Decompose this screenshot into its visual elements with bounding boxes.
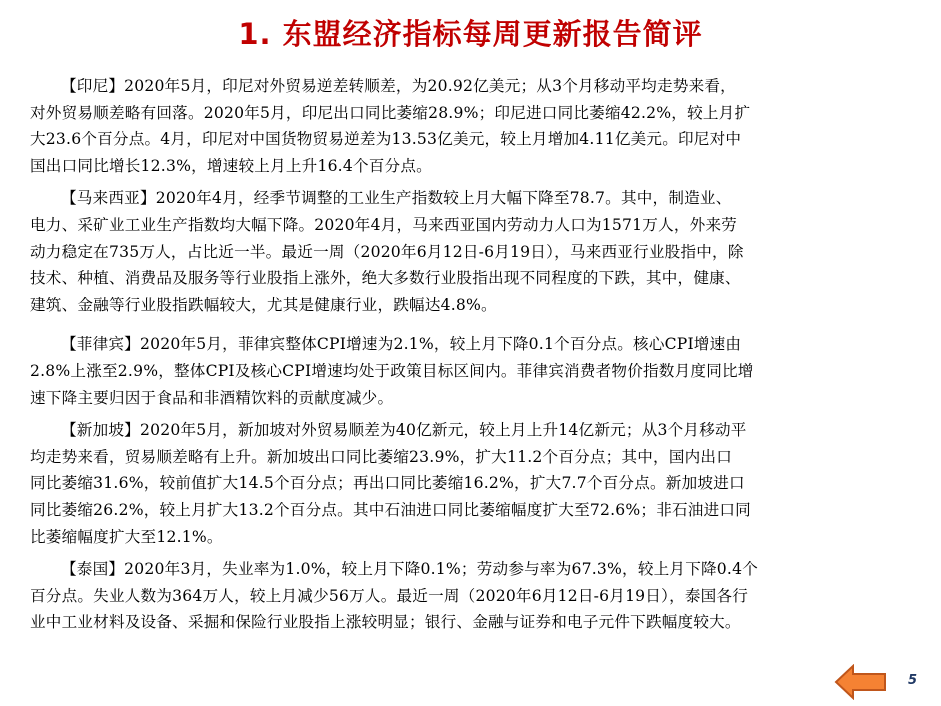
text-line: 速下降主要归因于食品和非酒精饮料的贡献度减少。 bbox=[30, 385, 925, 412]
text-line: 百分点。失业人数为364万人，较上月减少56万人。最近一周（2020年6月12日… bbox=[30, 583, 925, 610]
page-title: 1. 东盟经济指标每周更新报告简评 bbox=[0, 14, 941, 54]
text-line: 技术、种植、消费品及服务等行业股指上涨外，绝大多数行业股指出现不同程度的下跌，其… bbox=[30, 265, 925, 292]
slide-footer: 5 bbox=[830, 664, 930, 700]
text-line: 均走势来看，贸易顺差略有上升。新加坡出口同比萎缩23.9%，扩大11.2个百分点… bbox=[30, 444, 925, 471]
text-line: 业中工业材料及设备、采掘和保险行业股指上涨较明显；银行、金融与证券和电子元件下跌… bbox=[30, 609, 925, 636]
left-arrow-icon bbox=[834, 664, 888, 700]
text-line: 对外贸易顺差略有回落。2020年5月，印尼出口同比萎缩28.9%；印尼进口同比萎… bbox=[30, 100, 925, 127]
paragraph-indonesia: 【印尼】2020年5月，印尼对外贸易逆差转顺差，为20.92亿美元；从3个月移动… bbox=[30, 73, 925, 179]
text-line: 大23.6个百分点。4月，印尼对中国货物贸易逆差为13.53亿美元，较上月增加4… bbox=[30, 126, 925, 153]
text-line: 同比萎缩31.6%，较前值扩大14.5个百分点；再出口同比萎缩16.2%，扩大7… bbox=[30, 470, 925, 497]
text-line: 国出口同比增长12.3%，增速较上月上升16.4个百分点。 bbox=[30, 153, 925, 180]
page-number: 5 bbox=[908, 673, 917, 688]
back-button[interactable] bbox=[834, 664, 888, 700]
paragraph-malaysia: 【马来西亚】2020年4月，经季节调整的工业生产指数较上月大幅下降至78.7。其… bbox=[30, 185, 925, 318]
text-line: 建筑、金融等行业股指跌幅较大，尤其是健康行业，跌幅达4.8%。 bbox=[30, 292, 925, 319]
text-line: 【菲律宾】2020年5月，菲律宾整体CPI增速为2.1%，较上月下降0.1个百分… bbox=[30, 331, 925, 358]
paragraph-philippines: 【菲律宾】2020年5月，菲律宾整体CPI增速为2.1%，较上月下降0.1个百分… bbox=[30, 331, 925, 411]
text-line: 【印尼】2020年5月，印尼对外贸易逆差转顺差，为20.92亿美元；从3个月移动… bbox=[30, 73, 925, 100]
text-line: 同比萎缩26.2%，较上月扩大13.2个百分点。其中石油进口同比萎缩幅度扩大至7… bbox=[30, 497, 925, 524]
paragraph-thailand: 【泰国】2020年3月，失业率为1.0%，较上月下降0.1%；劳动参与率为67.… bbox=[30, 556, 925, 636]
text-line: 电力、采矿业工业生产指数均大幅下降。2020年4月，马来西亚国内劳动力人口为15… bbox=[30, 212, 925, 239]
text-line: 比萎缩幅度扩大至12.1%。 bbox=[30, 524, 925, 551]
text-line: 2.8%上涨至2.9%，整体CPI及核心CPI增速均处于政策目标区间内。菲律宾消… bbox=[30, 358, 925, 385]
text-line: 【泰国】2020年3月，失业率为1.0%，较上月下降0.1%；劳动参与率为67.… bbox=[30, 556, 925, 583]
text-line: 【马来西亚】2020年4月，经季节调整的工业生产指数较上月大幅下降至78.7。其… bbox=[30, 185, 925, 212]
paragraph-singapore: 【新加坡】2020年5月，新加坡对外贸易顺差为40亿新元，较上月上升14亿新元；… bbox=[30, 417, 925, 550]
text-line: 【新加坡】2020年5月，新加坡对外贸易顺差为40亿新元，较上月上升14亿新元；… bbox=[30, 417, 925, 444]
text-line: 动力稳定在735万人，占比近一半。最近一周（2020年6月12日-6月19日），… bbox=[30, 239, 925, 266]
report-body: 【印尼】2020年5月，印尼对外贸易逆差转顺差，为20.92亿美元；从3个月移动… bbox=[30, 73, 925, 636]
